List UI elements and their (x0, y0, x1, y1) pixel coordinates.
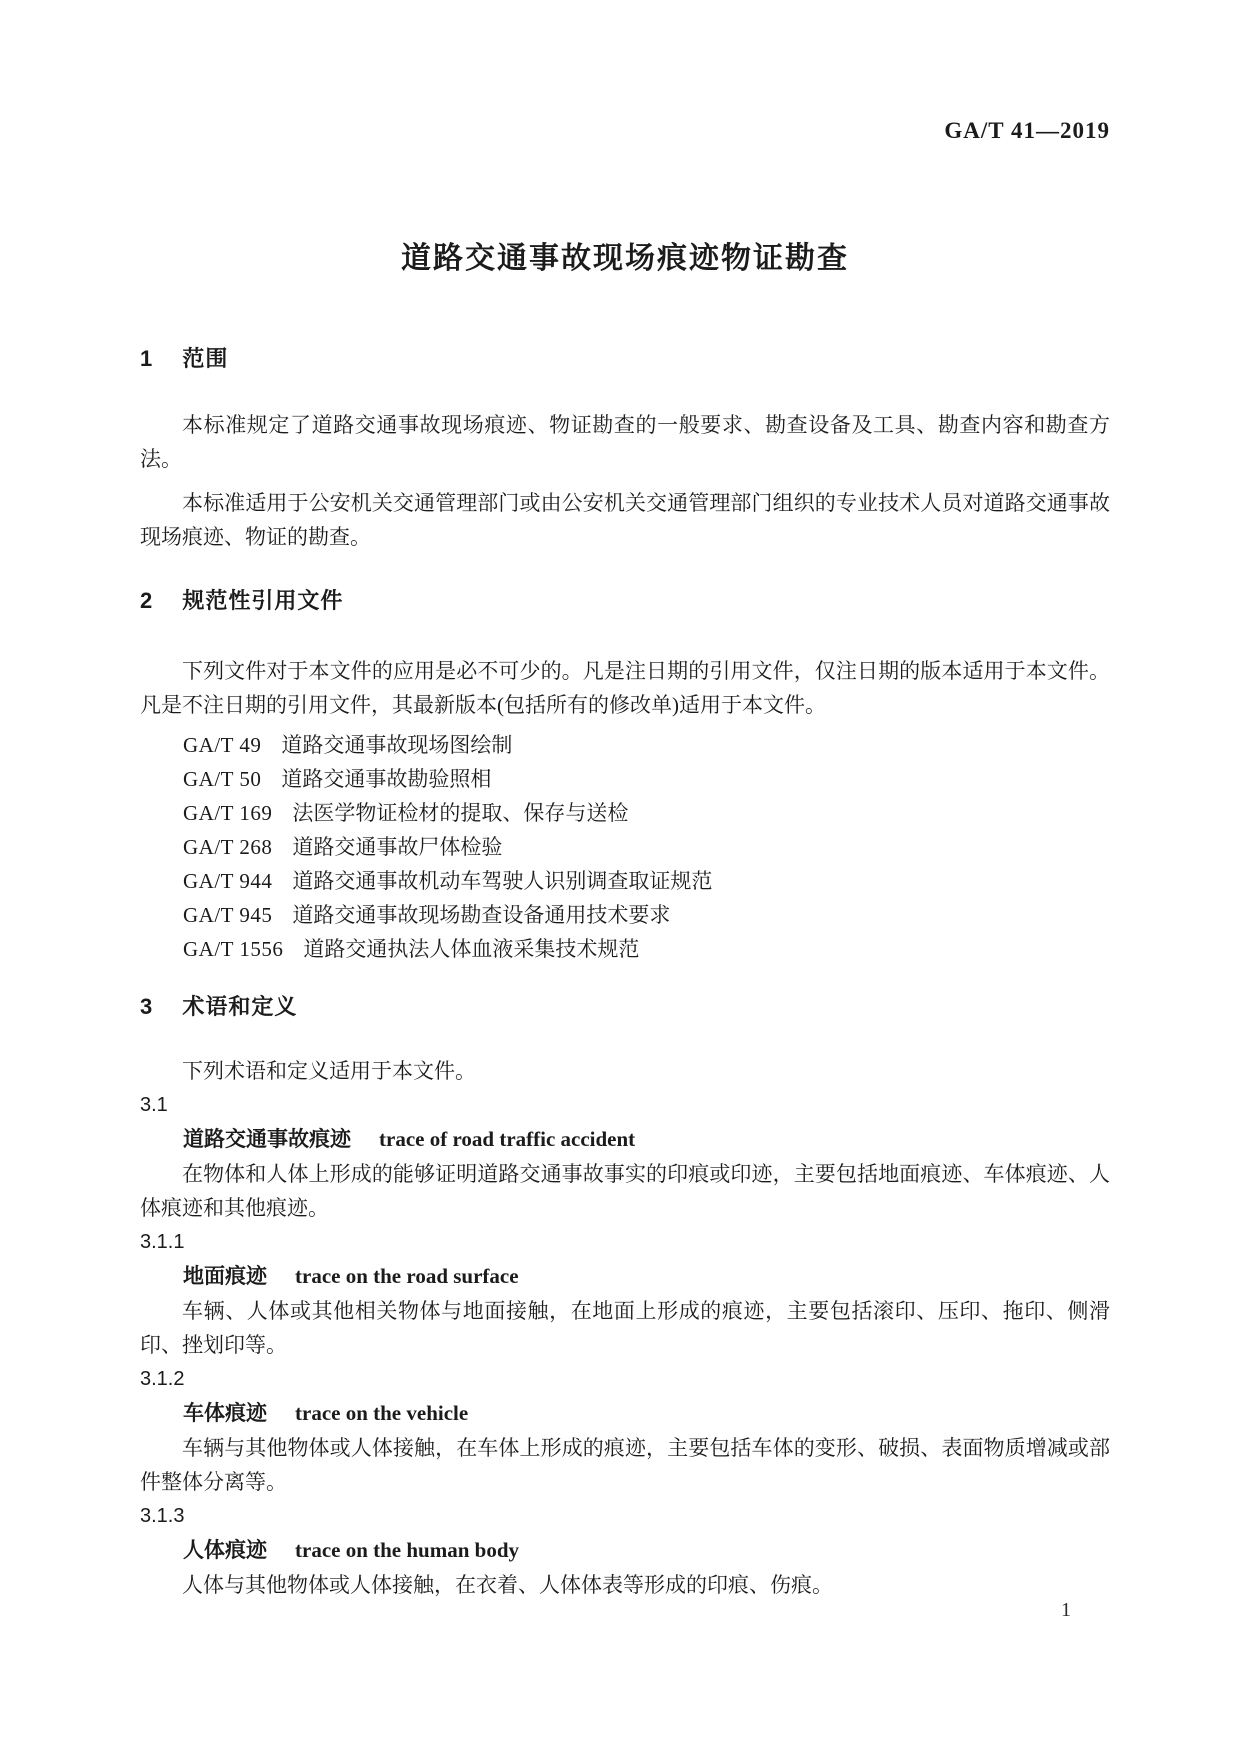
term-title-line: 道路交通事故痕迹trace of road traffic accident (183, 1122, 1110, 1157)
normative-references-paragraph: 下列文件对于本文件的应用是必不可少的。凡是注日期的引用文件，仅注日期的版本适用于… (140, 654, 1110, 722)
term-title-line: 车体痕迹trace on the vehicle (183, 1396, 1110, 1431)
reference-code: GA/T 50 (183, 767, 261, 791)
document-title: 道路交通事故现场痕迹物证勘查 (140, 238, 1110, 280)
term-english: trace on the road surface (295, 1264, 519, 1288)
reference-code: GA/T 268 (183, 835, 272, 859)
term-english: trace on the human body (295, 1538, 519, 1562)
section-2-heading: 2 规范性引用文件 (140, 586, 1110, 616)
term-chinese: 车体痕迹 (183, 1402, 267, 1425)
term-clause-number: 3.1.3 (140, 1499, 1110, 1533)
document-content: GA/T 41—2019 道路交通事故现场痕迹物证勘查 1 范围 本标准规定了道… (140, 0, 1110, 1602)
reference-title: 道路交通事故现场勘查设备通用技术要求 (292, 903, 670, 927)
document-page: GA/T 41—2019 道路交通事故现场痕迹物证勘查 1 范围 本标准规定了道… (0, 0, 1241, 1755)
section-1-heading: 1 范围 (140, 344, 1110, 374)
reference-title: 道路交通事故机动车驾驶人识别调查取证规范 (292, 869, 712, 893)
term-entry: 3.1.2 车体痕迹trace on the vehicle 车辆与其他物体或人… (140, 1362, 1110, 1499)
term-definition: 在物体和人体上形成的能够证明道路交通事故事实的印痕或印迹，主要包括地面痕迹、车体… (140, 1157, 1110, 1225)
reference-item: GA/T 50道路交通事故勘验照相 (183, 762, 1110, 796)
reference-code: GA/T 169 (183, 801, 272, 825)
reference-title: 道路交通事故勘验照相 (281, 767, 491, 791)
term-chinese: 人体痕迹 (183, 1539, 267, 1562)
section-3-number: 3 (140, 992, 152, 1022)
reference-title: 道路交通事故尸体检验 (292, 835, 502, 859)
reference-list: GA/T 49道路交通事故现场图绘制 GA/T 50道路交通事故勘验照相 GA/… (140, 728, 1110, 966)
scope-paragraph-2: 本标准适用于公安机关交通管理部门或由公安机关交通管理部门组织的专业技术人员对道路… (140, 486, 1110, 554)
reference-title: 道路交通执法人体血液采集技术规范 (303, 937, 639, 961)
term-entry: 3.1.1 地面痕迹trace on the road surface 车辆、人… (140, 1225, 1110, 1362)
reference-title: 法医学物证检材的提取、保存与送检 (292, 801, 628, 825)
terms-intro-paragraph: 下列术语和定义适用于本文件。 (140, 1054, 1110, 1088)
term-clause-number: 3.1 (140, 1088, 1110, 1122)
term-entry: 3.1.3 人体痕迹trace on the human body 人体与其他物… (140, 1499, 1110, 1602)
reference-title: 道路交通事故现场图绘制 (281, 733, 512, 757)
term-definition: 车辆与其他物体或人体接触，在车体上形成的痕迹，主要包括车体的变形、破损、表面物质… (140, 1431, 1110, 1499)
reference-item: GA/T 944道路交通事故机动车驾驶人识别调查取证规范 (183, 864, 1110, 898)
section-2-number: 2 (140, 586, 152, 616)
standard-number-header: GA/T 41—2019 (140, 0, 1110, 144)
reference-item: GA/T 1556道路交通执法人体血液采集技术规范 (183, 932, 1110, 966)
term-definition: 人体与其他物体或人体接触，在衣着、人体体表等形成的印痕、伤痕。 (140, 1568, 1110, 1602)
term-entry: 3.1 道路交通事故痕迹trace of road traffic accide… (140, 1088, 1110, 1225)
section-2-title: 规范性引用文件 (182, 586, 343, 616)
term-english: trace of road traffic accident (379, 1127, 635, 1151)
reference-code: GA/T 944 (183, 869, 272, 893)
reference-code: GA/T 49 (183, 733, 261, 757)
reference-item: GA/T 268道路交通事故尸体检验 (183, 830, 1110, 864)
term-clause-number: 3.1.1 (140, 1225, 1110, 1259)
section-1-title: 范围 (182, 344, 228, 374)
terms-and-definitions: 3.1 道路交通事故痕迹trace of road traffic accide… (140, 1088, 1110, 1602)
section-1-number: 1 (140, 344, 152, 374)
term-english: trace on the vehicle (295, 1401, 468, 1425)
reference-item: GA/T 945道路交通事故现场勘查设备通用技术要求 (183, 898, 1110, 932)
term-clause-number: 3.1.2 (140, 1362, 1110, 1396)
reference-item: GA/T 169法医学物证检材的提取、保存与送检 (183, 796, 1110, 830)
term-title-line: 人体痕迹trace on the human body (183, 1533, 1110, 1568)
reference-code: GA/T 1556 (183, 937, 283, 961)
term-definition: 车辆、人体或其他相关物体与地面接触，在地面上形成的痕迹，主要包括滚印、压印、拖印… (140, 1294, 1110, 1362)
term-chinese: 道路交通事故痕迹 (183, 1128, 351, 1151)
scope-paragraph-1: 本标准规定了道路交通事故现场痕迹、物证勘查的一般要求、勘查设备及工具、勘查内容和… (140, 408, 1110, 476)
reference-item: GA/T 49道路交通事故现场图绘制 (183, 728, 1110, 762)
term-title-line: 地面痕迹trace on the road surface (183, 1259, 1110, 1294)
section-3-heading: 3 术语和定义 (140, 992, 1110, 1022)
reference-code: GA/T 945 (183, 903, 272, 927)
term-chinese: 地面痕迹 (183, 1265, 267, 1288)
page-number: 1 (1061, 1598, 1071, 1622)
section-3-title: 术语和定义 (182, 992, 297, 1022)
